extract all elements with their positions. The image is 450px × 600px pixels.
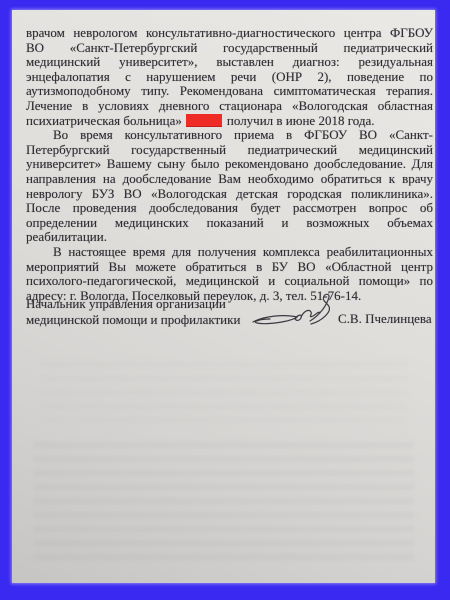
bleedthrough-text-artifact xyxy=(34,442,414,562)
signer-name: С.В. Пчелинцева xyxy=(338,311,435,327)
signer-title-line2: медицинской помощи и профилактики xyxy=(26,312,240,327)
signer-title: Начальник управления организации медицин… xyxy=(26,296,256,327)
redaction-box xyxy=(186,114,222,127)
signer-title-line1: Начальник управления организации xyxy=(26,296,226,311)
paragraph-rehab-center-address: В настоящее время для получения комплекс… xyxy=(26,245,433,303)
paragraph-diagnosis: врачом неврологом консультативно-диагнос… xyxy=(26,26,433,128)
document-page: врачом неврологом консультативно-диагнос… xyxy=(12,10,435,583)
signature-image xyxy=(250,290,342,332)
paragraph-diagnosis-tail: получил в июне 2018 года. xyxy=(227,113,375,128)
letter-body: врачом неврологом консультативно-диагнос… xyxy=(26,26,433,303)
photo-background: врачом неврологом консультативно-диагнос… xyxy=(0,0,450,600)
bleedthrough-text-artifact xyxy=(42,362,407,422)
paragraph-followup-exam: Во время консультативного приема в ФГБОУ… xyxy=(26,128,433,245)
